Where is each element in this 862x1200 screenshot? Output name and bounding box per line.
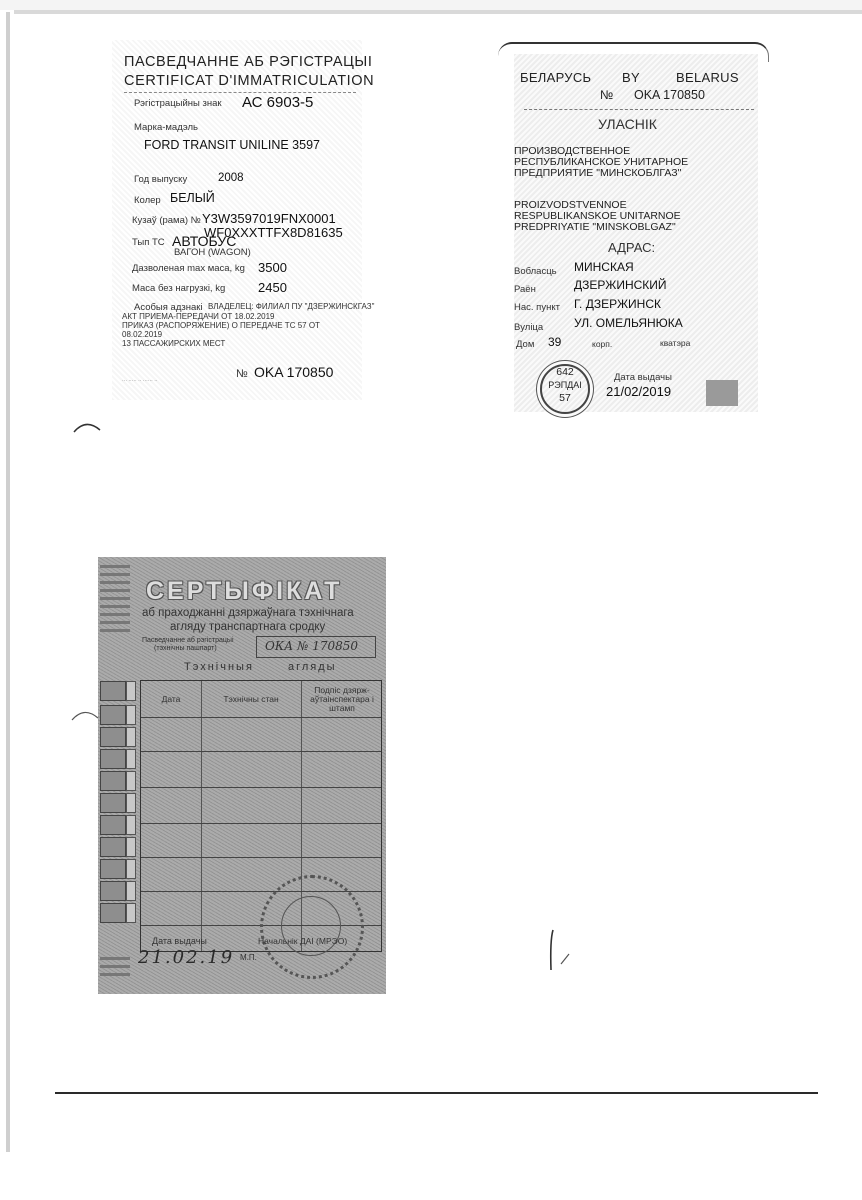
table-row <box>141 823 381 824</box>
notes-line: ПРИКАЗ (РАСПОРЯЖЕНИЕ) О ПЕРЕДАЧЕ ТС 57 О… <box>122 321 362 330</box>
stray-pen-mark <box>545 920 575 980</box>
certificate-subtitle-1: аб праходжанні дзяржаўнага тэхнічнага <box>142 607 354 619</box>
inspections-caption-left: Тэхнічныя <box>184 661 254 673</box>
country-code: BY <box>622 70 640 85</box>
owner-line: ПРЕДПРИЯТИЕ "МИНСКОБЛГАЗ" <box>514 168 688 179</box>
color-value: БЕЛЫЙ <box>170 191 215 205</box>
max-mass-label: Дазволеная max маса, kg <box>132 263 245 274</box>
title-belarusian: ПАСВЕДЧАННЕ АБ РЭГІСТРАЦЫІ <box>124 54 373 70</box>
district-label: Раён <box>514 284 536 295</box>
house-value: 39 <box>548 335 561 349</box>
column-divider <box>201 681 202 951</box>
vehicle-type-label: Тып ТС <box>132 237 165 248</box>
official-seal <box>260 875 364 979</box>
inspections-caption-right: агляды <box>288 661 337 673</box>
stamp-number: 57 <box>542 392 588 405</box>
color-label: Колер <box>134 195 161 206</box>
plate-value: АС 6903-5 <box>242 94 313 111</box>
owner-name-latin: PROIZVODSTVENNOE RESPUBLIKANSKOE UNITARN… <box>514 200 681 233</box>
registration-stamp: 642 РЭПДАІ 57 <box>540 364 590 414</box>
owner-name-ru: ПРОИЗВОДСТВЕННОЕ РЕСПУБЛИКАНСКОЕ УНИТАРН… <box>514 146 688 179</box>
punch-hole-mark <box>72 418 104 434</box>
country-belarusian: БЕЛАРУСЬ <box>520 70 591 85</box>
notes-line: 13 ПАССАЖИРСКИХ МЕСТ <box>122 339 362 348</box>
bottom-rule <box>55 1092 818 1094</box>
max-mass-value: 3500 <box>258 260 287 275</box>
table-row <box>141 857 381 858</box>
owner-line: PREDPRIYATIE "MINSKOBLGAZ" <box>514 222 681 233</box>
apartment-label: кватэра <box>660 338 690 348</box>
plate-label: Рэгістрацыйны знак <box>134 98 222 109</box>
empty-mass-value: 2450 <box>258 280 287 295</box>
vehicle-type-sub: ВАГОН (WAGON) <box>174 247 251 258</box>
address-heading: АДРАС: <box>608 240 655 255</box>
reg-cert-label-line: Пасведчанне аб рэгістрацыі <box>142 637 234 645</box>
issue-date-value: 21/02/2019 <box>606 384 671 399</box>
country-english: BELARUS <box>676 70 739 85</box>
reg-cert-label: Пасведчанне аб рэгістрацыі (тэхнічны паш… <box>142 637 234 653</box>
column-header-date: Дата <box>141 681 201 717</box>
notes-line: 08.02.2019 <box>122 330 362 339</box>
card-body: БЕЛАРУСЬ BY BELARUS № OKA 170850 УЛАСНІК… <box>514 54 758 412</box>
district-value: ДЗЕРЖИНСКИЙ <box>574 278 667 292</box>
header-divider <box>524 109 754 110</box>
certificate-title: СЕРТЫФІКАТ <box>146 577 342 606</box>
side-stub <box>98 557 136 994</box>
certificate-subtitle-2: агляду транспартнага сродку <box>170 621 325 633</box>
scan-left-edge <box>6 12 10 1152</box>
notes-line: АКТ ПРИЕМА-ПЕРЕДАЧИ ОТ 18.02.2019 <box>122 312 362 321</box>
body-number-label: Кузаў (рама) № <box>132 215 201 226</box>
issue-date-label: Дата выдачы <box>152 936 207 946</box>
printer-imprint: ··· ····· ·· ······ ·· <box>122 378 158 384</box>
column-header-signature: Подпіс дзярж- аўтаінспектара і штамп <box>303 681 381 717</box>
issue-date-label: Дата выдачы <box>614 372 672 383</box>
house-label: Дом <box>516 339 534 350</box>
locality-value: Г. ДЗЕРЖИНСК <box>574 297 661 311</box>
document-number: OKA 170850 <box>634 88 705 102</box>
document-number: OKA 170850 <box>254 364 333 380</box>
region-value: МИНСКАЯ <box>574 260 634 274</box>
make-label: Марка-мадэль <box>134 122 198 133</box>
technical-inspection-certificate: СЕРТЫФІКАТ аб праходжанні дзяржаўнага тэ… <box>98 557 386 994</box>
punch-hole-mark <box>70 706 102 722</box>
scan-top-shadow <box>14 10 862 14</box>
reg-cert-label-line: (тэхнічны пашпарт) <box>142 645 234 653</box>
notes-text: ВЛАДЕЛЕЦ: ФИЛИАЛ ПУ "ДЗЕРЖИНСКГАЗ" АКТ П… <box>122 312 362 348</box>
year-label: Год выпуску <box>134 174 187 185</box>
street-label: Вуліца <box>514 322 543 333</box>
stamp-authority: РЭПДАІ <box>542 379 588 392</box>
make-value: FORD TRANSIT UNILINE 3597 <box>144 138 320 152</box>
registration-certificate-front: ПАСВЕДЧАННЕ АБ РЭГІСТРАЦЫІ CERTIFICAT D'… <box>112 40 362 400</box>
empty-mass-label: Маса без нагрузкі, kg <box>132 283 225 294</box>
owner-heading: УЛАСНІК <box>598 116 657 132</box>
number-sign: № <box>236 368 248 380</box>
reg-cert-number: ОКА № 170850 <box>265 639 358 653</box>
column-header-condition: Тэхнічны стан <box>201 681 301 717</box>
notes-line: ВЛАДЕЛЕЦ: ФИЛИАЛ ПУ "ДЗЕРЖИНСКГАЗ" <box>208 302 374 311</box>
locality-label: Нас. пункт <box>514 302 560 313</box>
table-row <box>141 717 381 718</box>
stamp-code: 642 <box>542 366 588 379</box>
table-row <box>141 751 381 752</box>
region-label: Вобласць <box>514 266 557 277</box>
title-french: CERTIFICAT D'IMMATRICULATION <box>124 73 374 89</box>
head-signature-label: Начальнік ДАІ (МРЭО) <box>258 936 347 946</box>
seal-place-label: М.П. <box>240 953 257 962</box>
body-number-value: Y3W3597019FNX0001 <box>202 211 336 226</box>
table-row <box>141 787 381 788</box>
hologram-patch <box>706 380 738 406</box>
street-value: УЛ. ОМЕЛЬЯНЮКА <box>574 316 683 330</box>
number-sign: № <box>600 88 613 102</box>
year-value: 2008 <box>218 172 244 184</box>
scan-top-edge <box>0 0 862 10</box>
title-divider <box>124 92 356 93</box>
registration-certificate-back: БЕЛАРУСЬ BY BELARUS № OKA 170850 УЛАСНІК… <box>498 42 770 414</box>
issue-date-handwritten: 21.02.19 <box>138 947 234 968</box>
reg-cert-number-box: ОКА № 170850 <box>256 636 376 658</box>
building-label: корп. <box>592 339 612 349</box>
